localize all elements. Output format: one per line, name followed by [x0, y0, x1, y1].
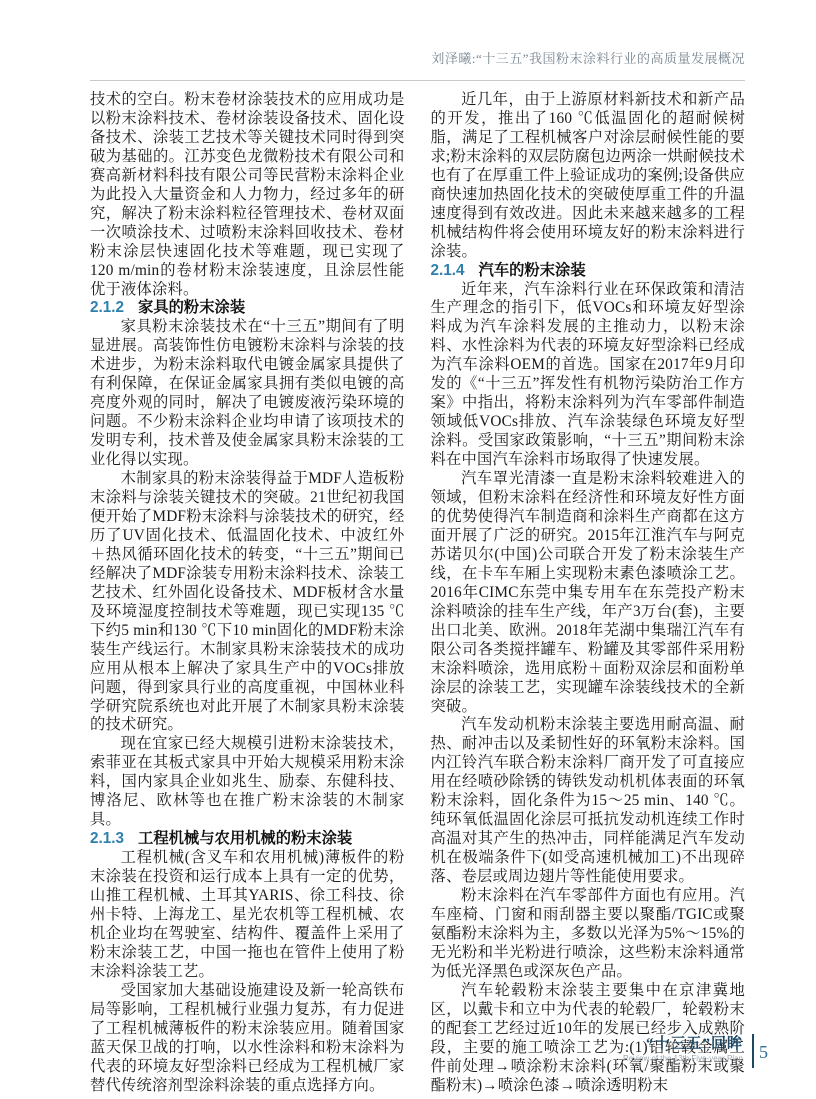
document-page: 刘泽曦:“十三五”我国粉末涂料行业的高质量发展概况 技术的空白。粉末卷材涂装技术… [0, 0, 816, 1099]
two-column-body: 技术的空白。粉末卷材涂装技术的应用成功是以粉末涂料技术、卷材涂装设备技术、固化设… [90, 91, 745, 1096]
paragraph: 汽车罩光清漆一直是粉末涂料较难进入的领域，但粉末涂料在经济性和环境友好性方面的优… [431, 470, 746, 716]
paragraph: 近年来，汽车涂料行业在环保政策和清洁生产理念的指引下，低VOCs和环境友好型涂料… [431, 281, 746, 471]
paragraph: 粉末涂料在汽车零部件方面也有应用。汽车座椅、门窗和雨刮器主要以聚酯/TGIC或聚… [431, 887, 746, 982]
section-title: 工程机械与农用机械的粉末涂装 [138, 830, 352, 847]
paragraph: 木制家具的粉末涂装得益于MDF人造板粉末涂料与涂装关键技术的突破。21世纪初我国… [90, 470, 405, 735]
paragraph: 技术的空白。粉末卷材涂装技术的应用成功是以粉末涂料技术、卷材涂装设备技术、固化设… [90, 91, 405, 299]
section-heading-2-1-2: 2.1.2家具的粉末涂装 [90, 299, 405, 318]
paragraph: 现在宜家已经大规模引进粉末涂装技术，索菲亚在其板式家具中开始大规模采用粉末涂料，… [90, 735, 405, 830]
section-heading-2-1-4: 2.1.4汽车的粉末涂装 [431, 262, 746, 281]
section-title: 家具的粉末涂装 [138, 299, 245, 316]
section-number: 2.1.2 [90, 299, 124, 316]
paragraph: 家具粉末涂装技术在“十三五”期间有了明显进展。高装饰性仿电镀粉末涂料与涂装的技术… [90, 318, 405, 470]
section-number: 2.1.3 [90, 830, 124, 847]
footer-title-en: Review of the 13th Five-year Plan [623, 1053, 743, 1064]
paragraph: 工程机械(含叉车和农用机械)薄板件的粉末涂装在投资和运行成本上具有一定的优势，山… [90, 849, 405, 982]
page-number: 5 [759, 1034, 768, 1063]
section-number: 2.1.4 [431, 262, 465, 279]
right-column: 近几年，由于上游原材料新技术和新产品的开发，推出了160 ℃低温固化的超耐候树脂… [431, 91, 746, 1096]
paragraph: 汽车发动机粉末涂装主要选用耐高温、耐热、耐冲击以及柔韧性好的环氧粉末涂料。国内江… [431, 716, 746, 887]
page-footer: “十三五”回眸 Review of the 13th Five-year Pla… [623, 1034, 768, 1068]
footer-title-zh: “十三五”回眸 [623, 1036, 743, 1053]
paragraph: 近几年，由于上游原材料新技术和新产品的开发，推出了160 ℃低温固化的超耐候树脂… [431, 91, 746, 262]
section-title: 汽车的粉末涂装 [479, 262, 586, 279]
footer-divider-bar [752, 1034, 754, 1068]
section-heading-2-1-3: 2.1.3工程机械与农用机械的粉末涂装 [90, 830, 405, 849]
header-rule [90, 80, 745, 81]
running-head-title: 刘泽曦:“十三五”我国粉末涂料行业的高质量发展概况 [90, 48, 745, 67]
paragraph: 受国家加大基础设施建设及新一轮高铁布局等影响，工程机械行业强力复苏，有力促进了工… [90, 982, 405, 1096]
footer-titles: “十三五”回眸 Review of the 13th Five-year Pla… [623, 1034, 749, 1064]
left-column: 技术的空白。粉末卷材涂装技术的应用成功是以粉末涂料技术、卷材涂装设备技术、固化设… [90, 91, 405, 1096]
